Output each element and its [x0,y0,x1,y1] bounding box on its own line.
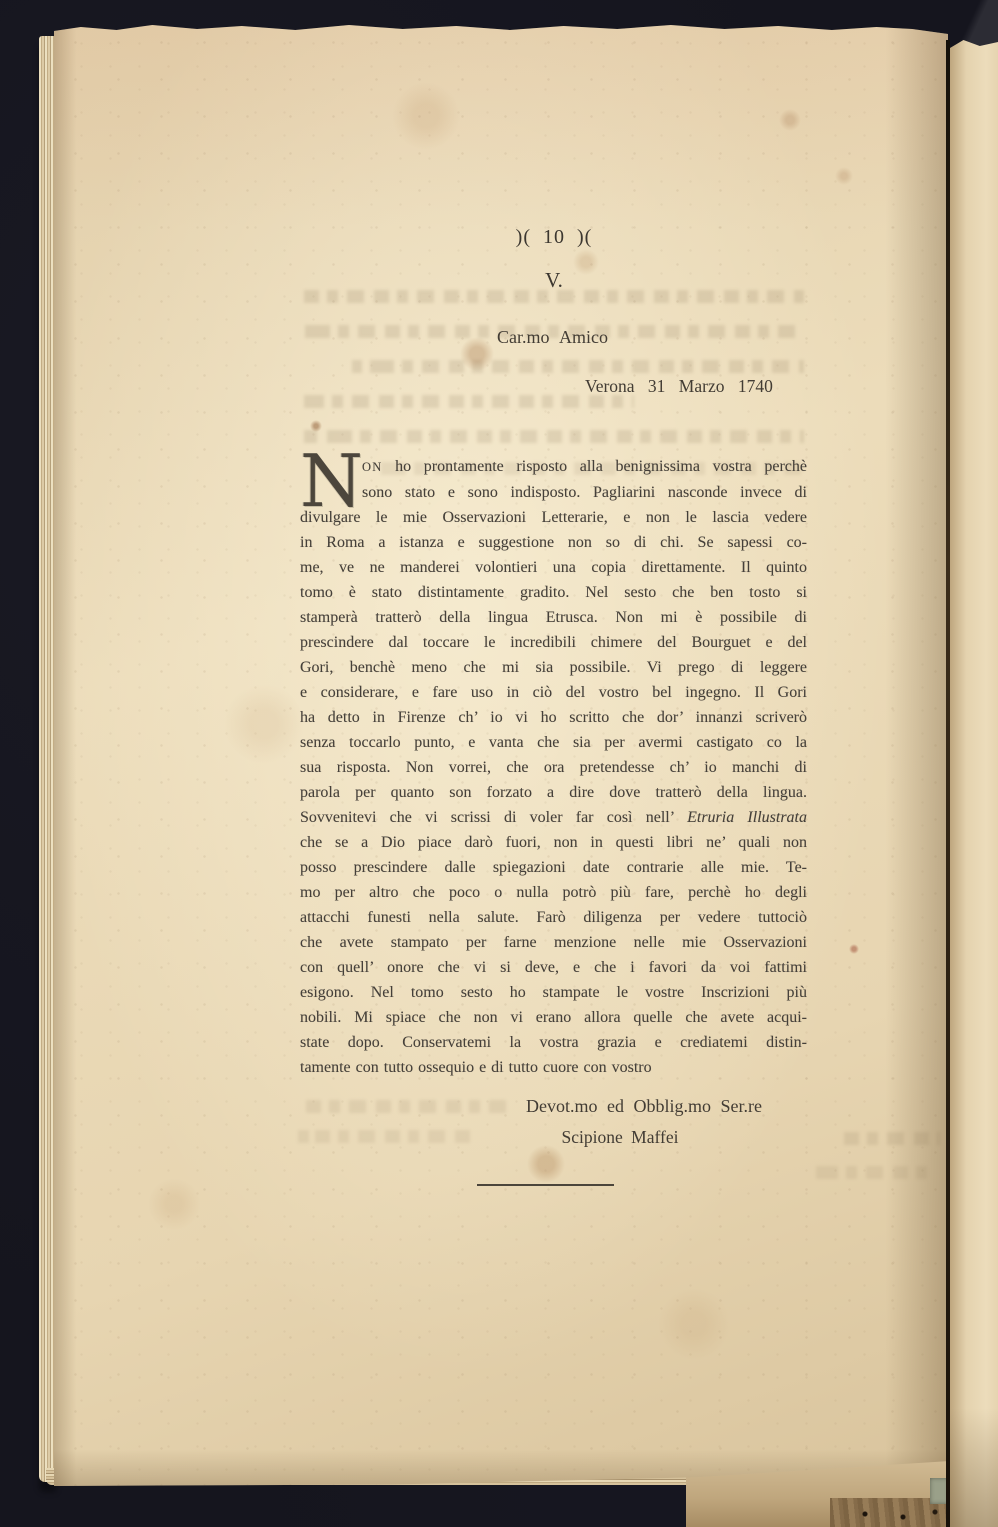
body-line: sua risposta. Non vorrei, che ora preten… [300,755,807,780]
body-line: state dopo. Conservatemi la vostra grazi… [300,1030,807,1055]
ghost-text-line [352,360,804,373]
body-line: parola per quanto son forzato a dire dov… [300,780,807,805]
ghost-text-line [304,430,804,443]
body-line: ha detto in Firenze ch’ io vi ho scritto… [300,705,807,730]
body-line: tamente con tutto ossequio e di tutto cu… [300,1055,807,1080]
body-line: posso prescindere dalle spiegazioni date… [300,855,807,880]
body-line: nobili. Mi spiace che non vi erano allor… [300,1005,807,1030]
body-line: che avete stampato per farne menzione ne… [300,930,807,955]
body-line: stamperà tratterò della lingua Etrusca. … [300,605,807,630]
body-line: Gori, benchè meno che mi sia possibile. … [300,655,807,680]
drop-cap-initial: N [300,454,362,504]
body-line: senza toccarlo punto, e vanta che sia pe… [300,730,807,755]
facing-page-edge [950,40,998,1527]
body-line: esigono. Nel tomo sesto ho stampate le v… [300,980,807,1005]
body-line: sono stato e sono indisposto. Pagliarini… [300,480,807,505]
signature: Scipione Maffei [410,1127,830,1148]
body-line: con quell’ onore che vi si deve, e che i… [300,955,807,980]
drop-cap-letter: N [300,445,363,517]
section-heading: V. [300,268,808,293]
body-line: in Roma a istanza e suggestione non so d… [300,530,807,555]
body-line: divulgare le mie Osservazioni Letterarie… [300,505,807,530]
divider-rule [477,1184,614,1186]
valediction: Devot.mo ed Obblig.mo Ser.re [434,1096,854,1117]
salutation: Car.mo Amico [497,327,608,348]
body-line: e considerare, e fare uso in ciò del vos… [300,680,807,705]
body-line: Sovvenitevi che vi scrissi di voler far … [300,805,807,830]
body-line: tomo è stato distintamente gradito. Nel … [300,580,807,605]
ghost-text-line [814,1166,934,1179]
book-scan-background: )( 10 )( V. Car.mo Amico Verona 31 Marzo… [0,0,998,1527]
body-line: attacchi funesti nella salute. Farò dili… [300,905,807,930]
body-line: prescindere dal toccare le incredibili c… [300,630,807,655]
body-line: on ho prontamente risposto alla benignis… [300,454,807,480]
page-sheet: )( 10 )( V. Car.mo Amico Verona 31 Marzo… [54,24,948,1486]
dateline: Verona 31 Marzo 1740 [585,376,773,397]
ghost-text-line [844,1132,940,1145]
body-line: mo per altro che poco o nulla potrò più … [300,880,807,905]
body-line: me, ve ne manderei volontieri una copia … [300,555,807,580]
page-stack-left-edge [39,36,56,1482]
letter-body-lines: on ho prontamente risposto alla benignis… [300,454,807,1080]
book-gutter [946,40,950,1527]
body-line: che se a Dio piace darò fuori, non in qu… [300,830,807,855]
letter-body: N on ho prontamente risposto alla benign… [300,454,807,1080]
running-head-page-number: )( 10 )( [300,226,808,249]
